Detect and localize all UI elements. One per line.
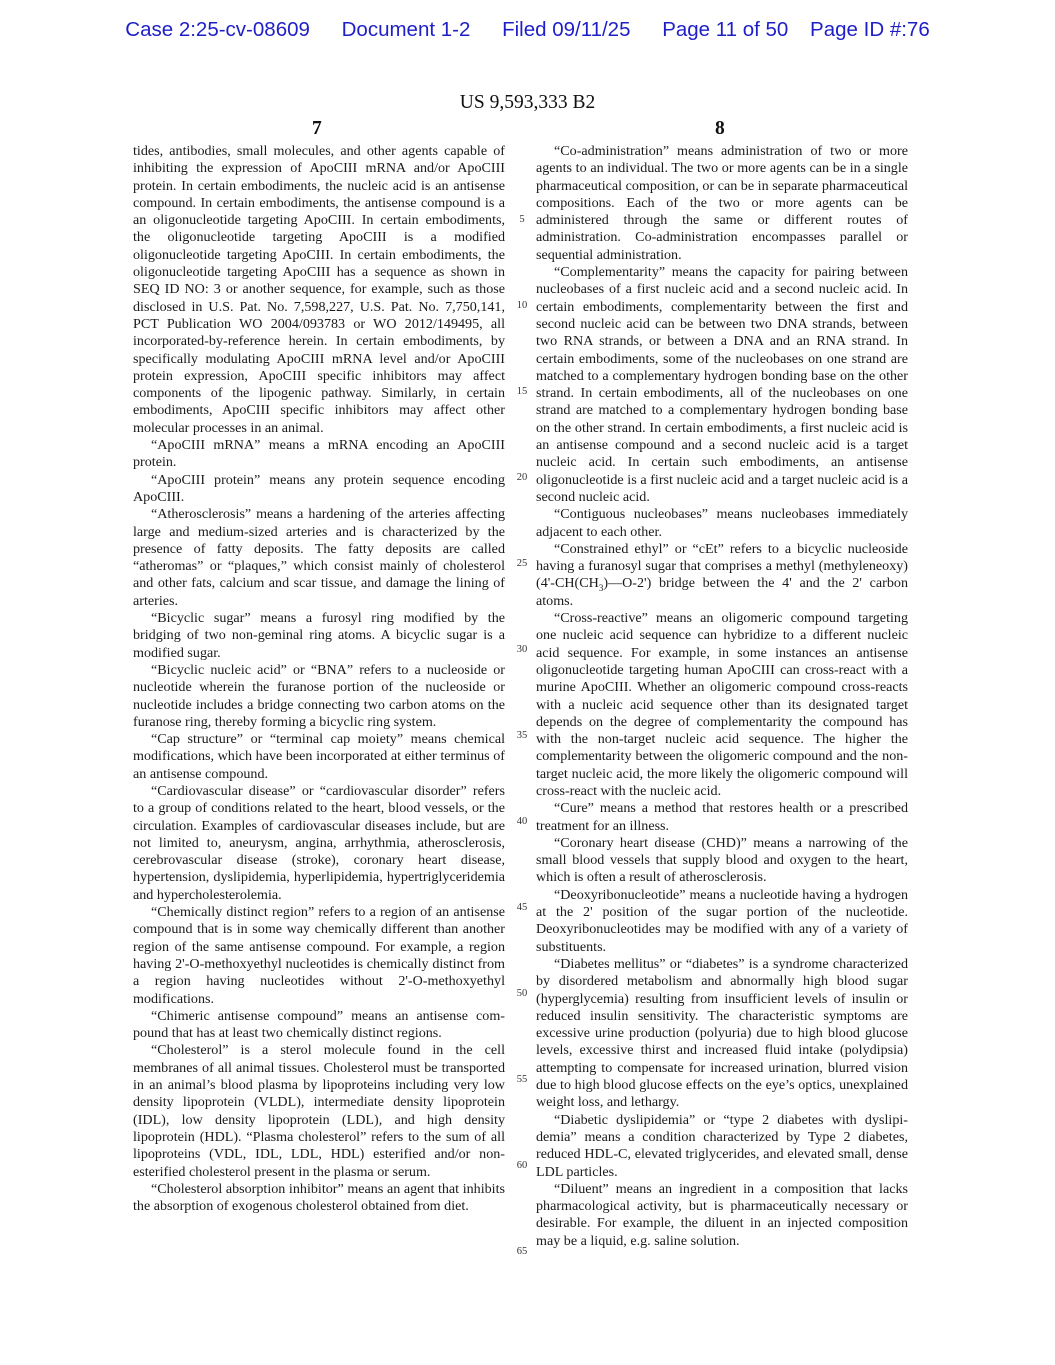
page-count: Page 11 of 50 [662,18,788,42]
paragraph: tides, antibodies, small molecules, and … [133,143,505,437]
line-number: 35 [512,730,532,741]
paragraph: “ApoCIII mRNA” means a mRNA encoding an … [133,437,505,472]
paragraph: “Diabetes mellitus” or “diabetes” is a s… [536,956,908,1112]
paragraph: “Constrained ethyl” or “cEt” refers to a… [536,541,908,610]
paragraph: “Co-administration” means administration… [536,143,908,264]
right-text-column: “Co-administration” means administration… [536,143,908,1250]
paragraph: “ApoCIII protein” means any protein sequ… [133,472,505,507]
paragraph: “Cap structure” or “terminal cap moiety”… [133,731,505,783]
paragraph: “Bicyclic nucleic acid” or “BNA” refers … [133,662,505,731]
page-id: Page ID #:76 [810,18,930,42]
paragraph: “Chemically distinct region” refers to a… [133,904,505,1008]
case-number: Case 2:25-cv-08609 [125,18,310,42]
left-column-number: 7 [312,118,322,140]
paragraph: “Cardiovascular disease” or “cardiovascu… [133,783,505,904]
paragraph: “Coronary heart disease (CHD)” means a n… [536,835,908,887]
line-number: 5 [512,214,532,225]
line-number: 60 [512,1160,532,1171]
paragraph: “Diabetic dyslipidemia” or “type 2 diabe… [536,1112,908,1181]
paragraph: “Contiguous nucleobases” means nucleobas… [536,506,908,541]
line-number: 65 [512,1246,532,1257]
line-number: 10 [512,300,532,311]
line-number: 55 [512,1074,532,1085]
line-number: 30 [512,644,532,655]
paragraph: “Cholesterol absorption inhibitor” means… [133,1181,505,1216]
paragraph: “Cholesterol” is a sterol molecule found… [133,1042,505,1180]
line-number-gutter: 5101520253035404550556065 [512,0,532,1365]
right-column-number: 8 [715,118,725,140]
line-number: 25 [512,558,532,569]
left-text-column: tides, antibodies, small molecules, and … [133,143,505,1215]
line-number: 45 [512,902,532,913]
paragraph: “Deoxyribonucleotide” means a nucleotide… [536,887,908,956]
line-number: 20 [512,472,532,483]
line-number: 15 [512,386,532,397]
paragraph: “Cure” means a method that restores heal… [536,800,908,835]
paragraph: “Cross-reactive” means an oligomeric com… [536,610,908,800]
paragraph: “Complementarity” means the capacity for… [536,264,908,506]
paragraph: “Chimeric antisense compound” means an a… [133,1008,505,1043]
line-number: 40 [512,816,532,827]
paragraph: “Atherosclerosis” means a hardening of t… [133,506,505,610]
line-number: 50 [512,988,532,999]
document-number: Document 1-2 [342,18,471,42]
paragraph: “Diluent” means an ingredient in a compo… [536,1181,908,1250]
paragraph: “Bicyclic sugar” means a furosyl ring mo… [133,610,505,662]
